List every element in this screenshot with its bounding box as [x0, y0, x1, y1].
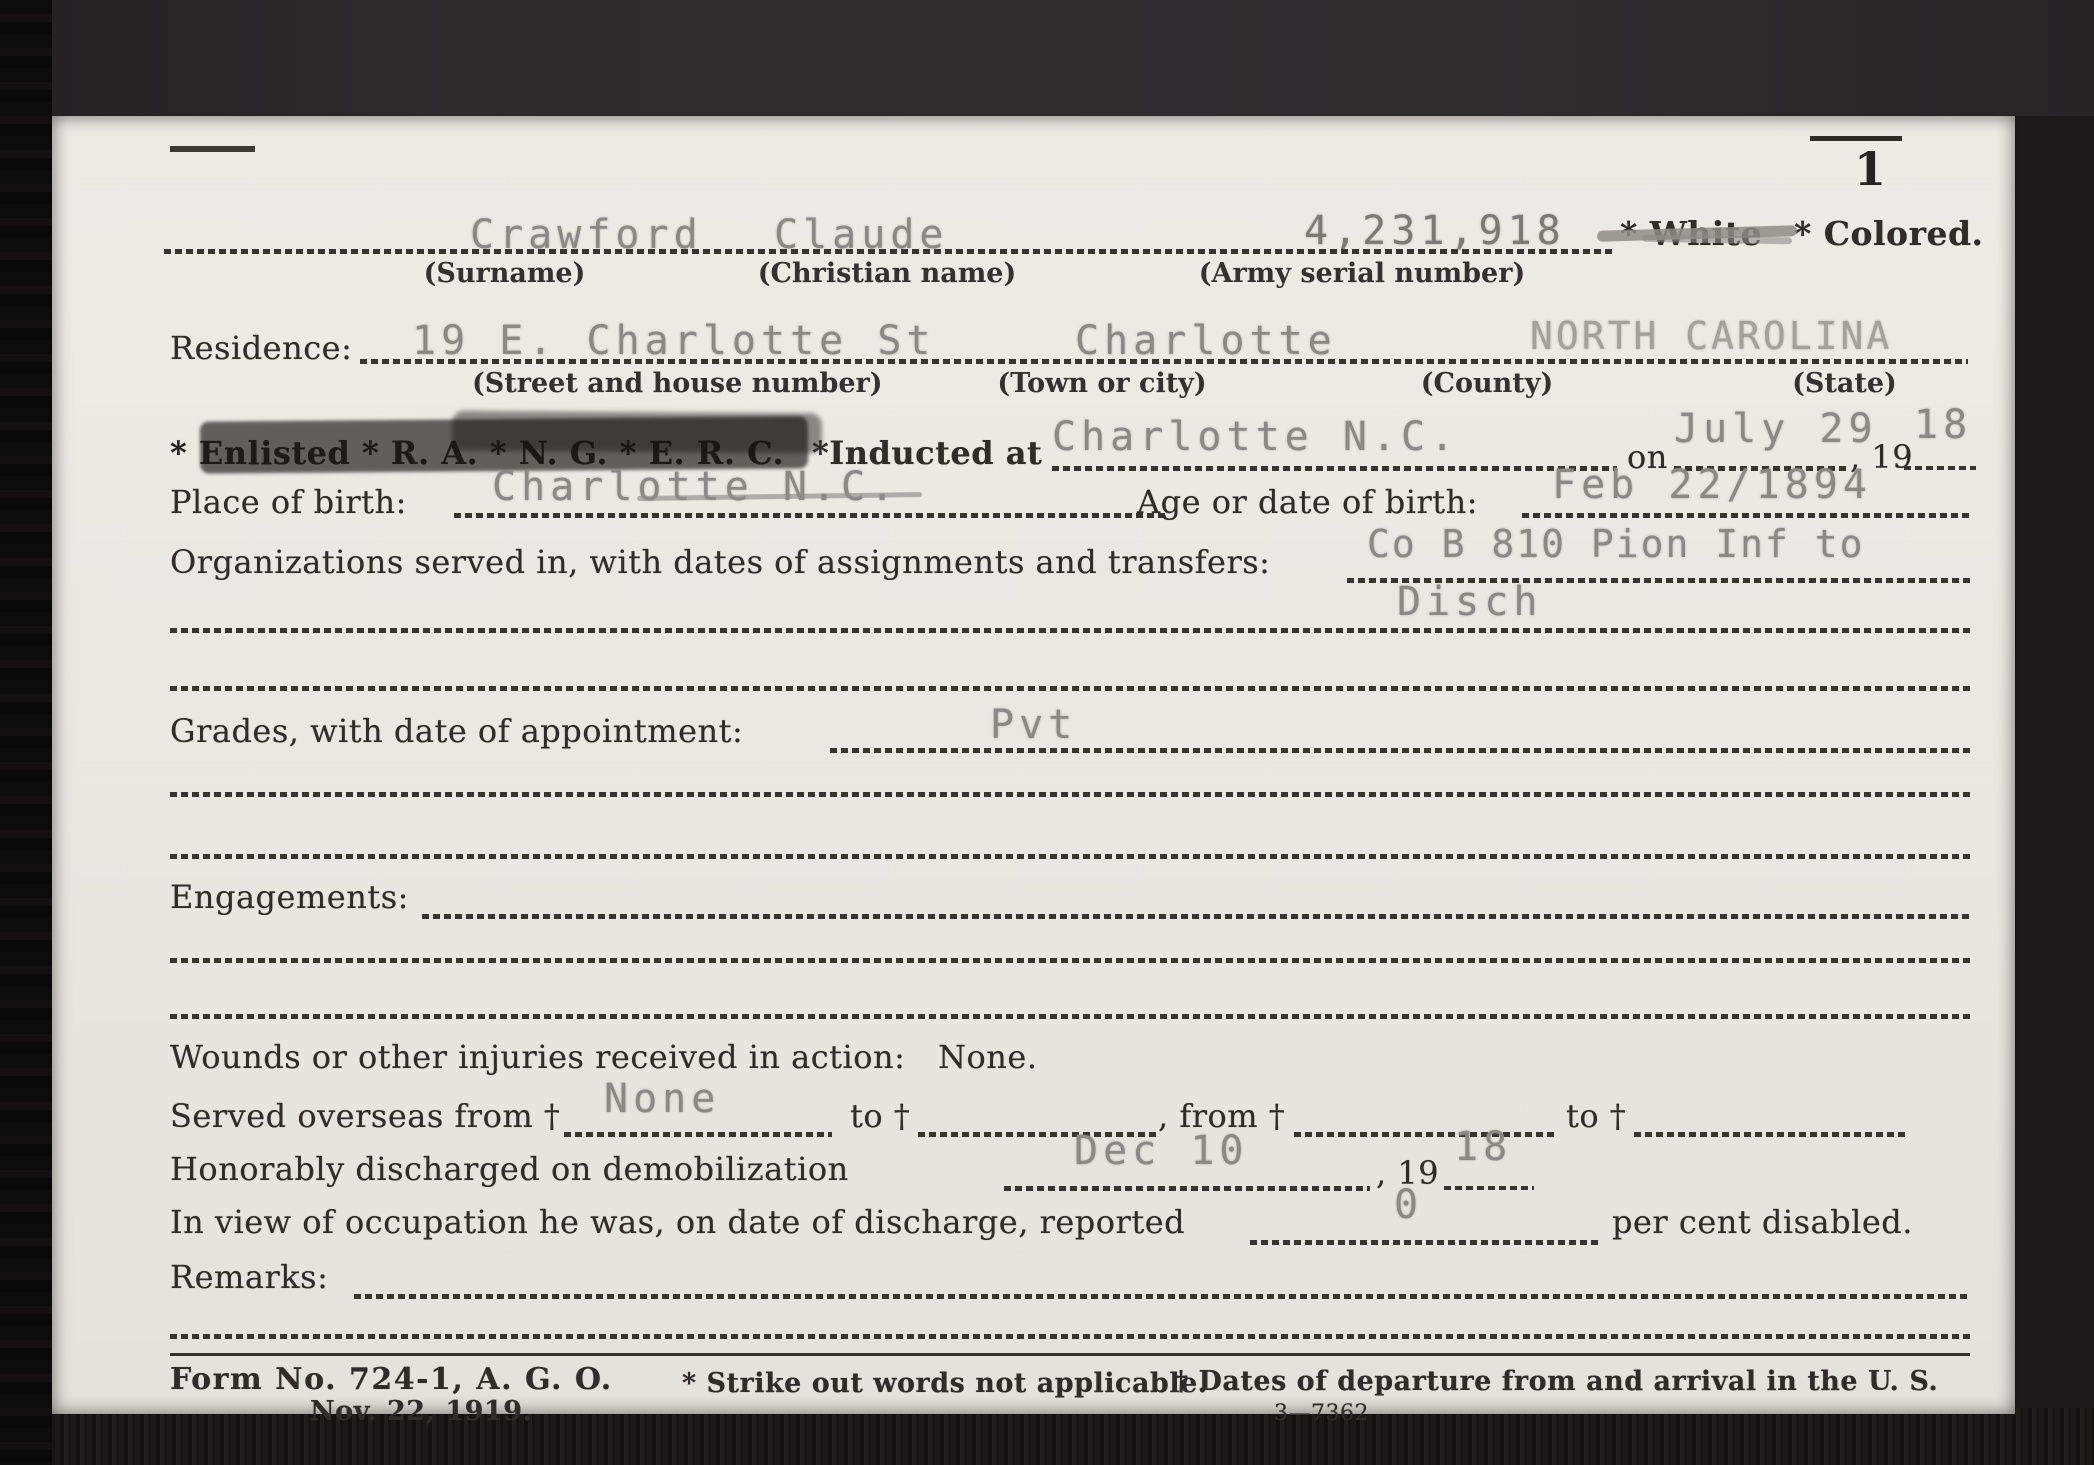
- serial-number-value: 4,231,918: [1304, 208, 1566, 254]
- page-number: 1: [1854, 142, 1886, 196]
- christian-name-label: (Christian name): [752, 258, 1022, 289]
- street-label: (Street and house number): [472, 368, 872, 399]
- engagements-extra-line2: [170, 1014, 1970, 1019]
- overseas-from2-line: [1294, 1132, 1556, 1137]
- organizations-label: Organizations served in, with dates of a…: [170, 543, 1270, 581]
- residence-town-value: Charlotte: [1075, 318, 1337, 364]
- discharge-date-line: [1004, 1186, 1370, 1191]
- surname-label: (Surname): [397, 258, 612, 289]
- disability-value: 0: [1394, 1182, 1423, 1228]
- county-label: (County): [1402, 368, 1572, 399]
- engagements-line: [422, 914, 1970, 919]
- disability-line: [1250, 1240, 1598, 1245]
- race-colored-option: * Colored.: [1794, 214, 1984, 253]
- corner-dash-mark: [170, 146, 255, 152]
- overseas-to2-line: [1634, 1132, 1906, 1137]
- remarks-line: [354, 1294, 1970, 1299]
- residence-street-value: 19 E. Charlotte St: [412, 318, 935, 364]
- footer-form-date: Nov. 22, 1919.: [310, 1396, 532, 1427]
- scanned-page: 1 Crawford Claude 4,231,918 * White * Co…: [0, 0, 2094, 1465]
- overseas-to1-label: to †: [850, 1097, 910, 1135]
- enlistment-options-strikeout-smudge-2: [452, 411, 822, 454]
- inducted-place-line: [1052, 466, 1617, 471]
- disability-label: In view of occupation he was, on date of…: [170, 1203, 1185, 1241]
- place-of-birth-label: Place of birth:: [170, 483, 407, 521]
- organizations-value-line2: Disch: [1397, 579, 1542, 625]
- wounds-row: Wounds or other injuries received in act…: [170, 1038, 1038, 1076]
- disability-suffix: per cent disabled.: [1612, 1203, 1913, 1241]
- age-or-date-of-birth-label: Age or date of birth:: [1137, 483, 1478, 521]
- scan-top-band: [0, 0, 2094, 116]
- record-card: 1 Crawford Claude 4,231,918 * White * Co…: [52, 116, 2015, 1414]
- engagements-label: Engagements:: [170, 878, 409, 916]
- page-number-rule: [1810, 136, 1902, 141]
- remarks-label: Remarks:: [170, 1258, 328, 1296]
- remarks-extra-line: [170, 1334, 1970, 1339]
- residence-label: Residence:: [170, 329, 352, 367]
- footer-rule: [170, 1353, 1970, 1356]
- induction-date-value: July 29: [1674, 406, 1878, 452]
- overseas-from1-line: [564, 1132, 832, 1137]
- grades-extra-line2: [170, 854, 1970, 859]
- scan-left-edge: [0, 0, 52, 1465]
- overseas-from1-label: Served overseas from †: [170, 1097, 560, 1135]
- inducted-place-value: Charlotte N.C.: [1052, 414, 1459, 460]
- place-of-birth-line: [454, 513, 1166, 518]
- serial-number-label: (Army serial number): [1197, 258, 1527, 289]
- footer-print-code: 3—7362: [1274, 1401, 1369, 1426]
- induction-year-value: 18: [1914, 402, 1972, 448]
- grades-extra-line1: [170, 792, 1970, 797]
- date-of-birth-line: [1522, 513, 1972, 518]
- footer-dagger-note: † Dates of departure from and arrival in…: [1174, 1366, 1938, 1397]
- name-row-line: [164, 249, 1612, 254]
- place-of-birth-value: Charlotte N.C.: [492, 464, 899, 510]
- footer-form-number: Form No. 724-1, A. G. O.: [170, 1362, 613, 1397]
- town-label: (Town or city): [987, 368, 1217, 399]
- wounds-value: None.: [938, 1038, 1037, 1076]
- wounds-label: Wounds or other injuries received in act…: [170, 1038, 905, 1076]
- date-of-birth-value: Feb 22/1894: [1552, 462, 1872, 508]
- discharge-label: Honorably discharged on demobilization: [170, 1150, 849, 1188]
- induction-year-line: [1904, 466, 1976, 470]
- discharge-year-value: 18: [1454, 1124, 1512, 1170]
- state-label: (State): [1777, 368, 1912, 399]
- footer-strike-note: * Strike out words not applicable.: [682, 1368, 1208, 1399]
- discharge-year-line: [1444, 1186, 1534, 1190]
- overseas-to2-label: to †: [1566, 1097, 1626, 1135]
- grades-value: Pvt: [990, 702, 1077, 748]
- grades-line: [830, 748, 1970, 753]
- residence-state-value: NORTH CAROLINA: [1530, 314, 1892, 358]
- engagements-extra-line1: [170, 958, 1970, 963]
- overseas-from1-value: None: [604, 1076, 720, 1122]
- discharge-date-value: Dec 10: [1074, 1128, 1249, 1174]
- organizations-line2: [170, 628, 1970, 633]
- organizations-value-line1: Co B 810 Pion Inf to: [1367, 522, 1865, 566]
- grades-label: Grades, with date of appointment:: [170, 712, 743, 750]
- organizations-line3: [170, 686, 1970, 691]
